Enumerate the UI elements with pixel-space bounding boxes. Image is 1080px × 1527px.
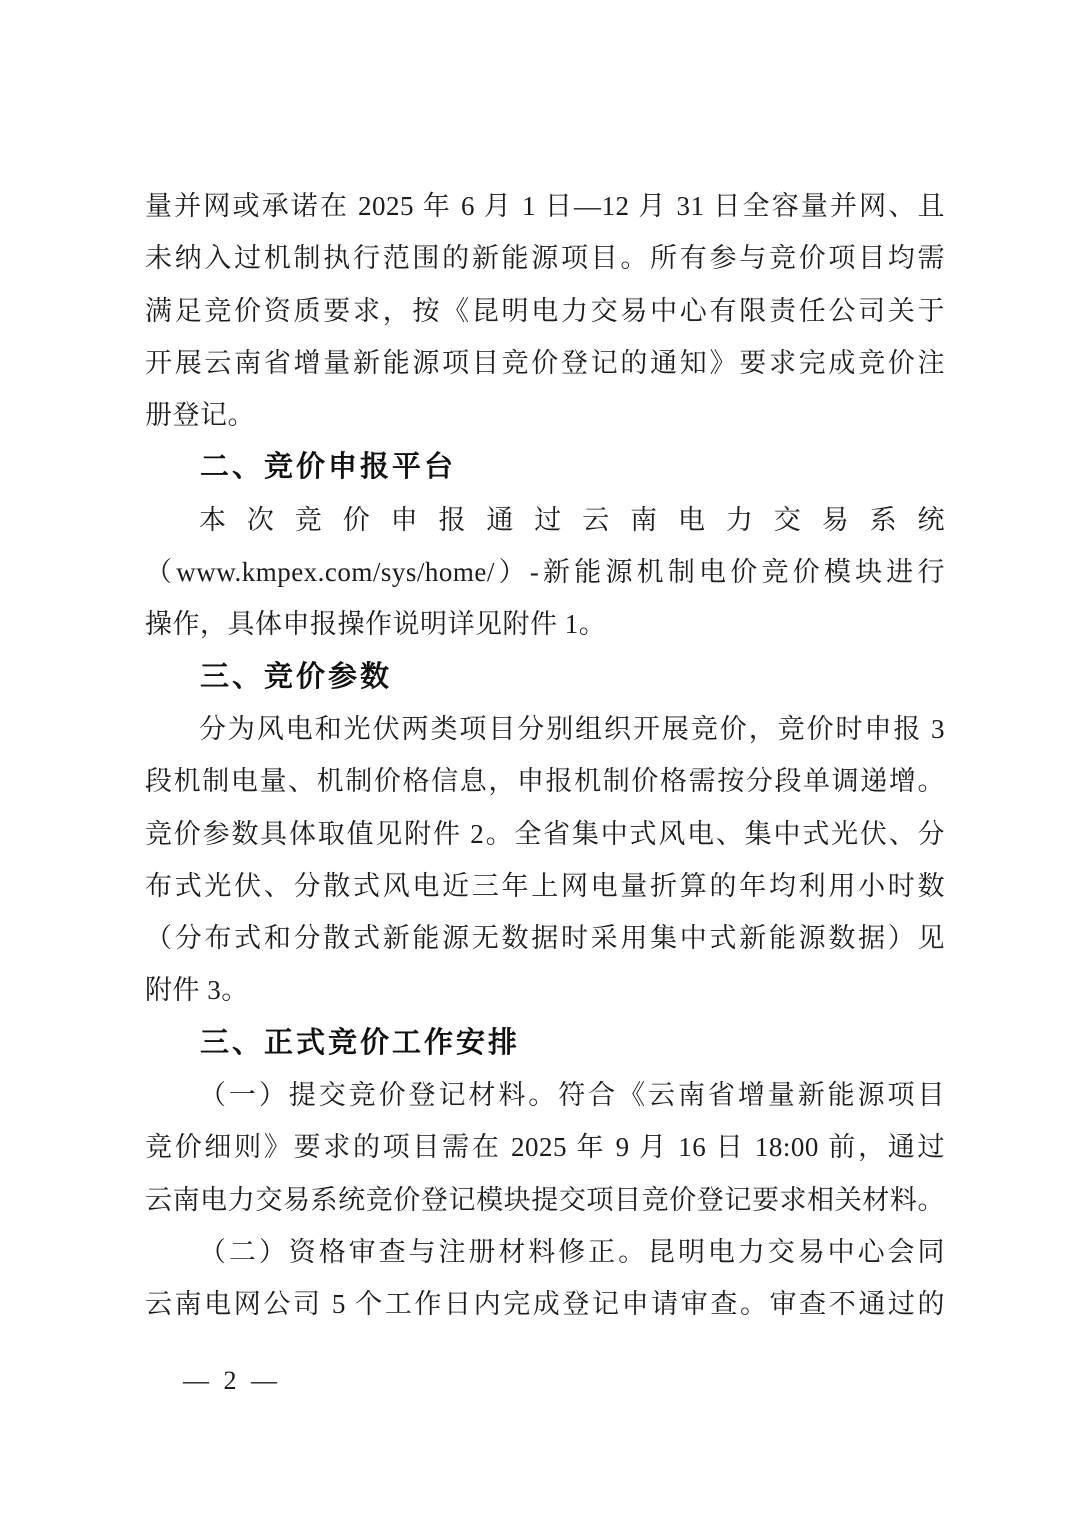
text-line: （一）提交竞价登记材料。符合《云南省增量新能源项目 [145,1069,945,1121]
page-number: — 2 — [183,1366,281,1396]
section-heading: 三、竞价参数 [145,651,945,703]
section-heading: 三、正式竞价工作安排 [145,1017,945,1069]
text-line: 云南电力交易系统竞价登记模块提交项目竞价登记要求相关材料。 [145,1174,945,1226]
text-line: 段机制电量、机制价格信息，申报机制价格需按分段单调递增。 [145,755,945,807]
text-line: 本次竞价申报通过云南电力交易系统 [145,494,945,546]
section-heading: 二、竞价申报平台 [145,441,945,493]
text-line: 未纳入过机制执行范围的新能源项目。所有参与竞价项目均需 [145,232,945,284]
document-body: 量并网或承诺在 2025 年 6 月 1 日—12 月 31 日全容量并网、且 … [145,180,945,1331]
text-line: 竞价参数具体取值见附件 2。全省集中式风电、集中式光伏、分 [145,808,945,860]
text-line: 云南电网公司 5 个工作日内完成登记申请审查。审查不通过的 [145,1278,945,1330]
text-line: 附件 3。 [145,964,945,1016]
text-line: 开展云南省增量新能源项目竞价登记的通知》要求完成竞价注 [145,337,945,389]
text-line: （www.kmpex.com/sys/home/）-新能源机制电价竞价模块进行 [145,546,945,598]
text-line: （分布式和分散式新能源无数据时采用集中式新能源数据）见 [145,912,945,964]
text-line: 操作，具体申报操作说明详见附件 1。 [145,598,945,650]
text-line: （二）资格审查与注册材料修正。昆明电力交易中心会同 [145,1226,945,1278]
document-page: 量并网或承诺在 2025 年 6 月 1 日—12 月 31 日全容量并网、且 … [0,0,1080,1527]
text-line: 满足竞价资质要求，按《昆明电力交易中心有限责任公司关于 [145,285,945,337]
text-line: 竞价细则》要求的项目需在 2025 年 9 月 16 日 18:00 前，通过 [145,1121,945,1173]
text-line: 册登记。 [145,389,945,441]
text-line: 量并网或承诺在 2025 年 6 月 1 日—12 月 31 日全容量并网、且 [145,180,945,232]
text-line: 布式光伏、分散式风电近三年上网电量折算的年均利用小时数 [145,860,945,912]
text-line: 分为风电和光伏两类项目分别组织开展竞价，竞价时申报 3 [145,703,945,755]
